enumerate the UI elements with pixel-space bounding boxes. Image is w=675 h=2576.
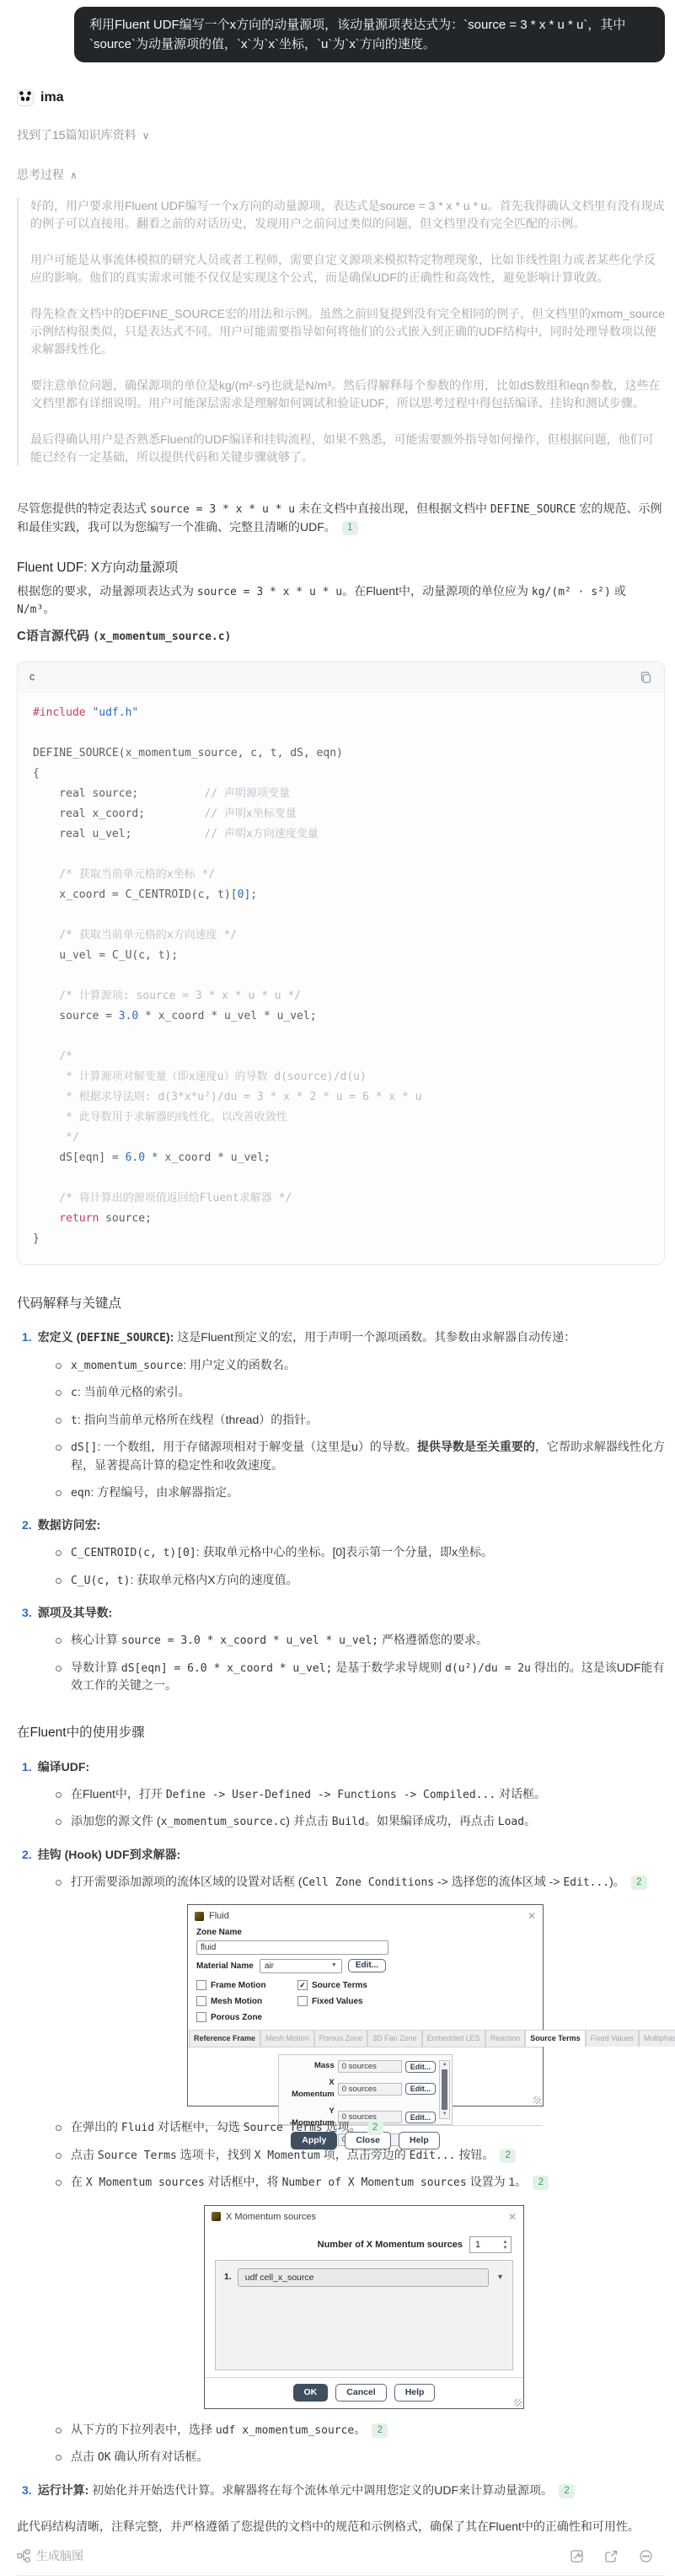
inline-code: DEFINE_SOURCE [80, 1332, 166, 1344]
scroll-down-icon: ▼ [442, 2111, 447, 2118]
inline-code: Build [332, 1816, 365, 1828]
inline-code: d(u²)/du = 2u [445, 1662, 531, 1675]
inline-code: dS[eqn] = 6.0 * x_coord * u_vel; [121, 1662, 332, 1675]
list-item: 2.挂钩 (Hook) UDF到求解器: [17, 1846, 665, 1864]
fluid-dialog-screenshot: Fluid ✕ Zone Name fluid Material Name ai… [187, 1904, 665, 2106]
checkbox-label: Fixed Values [312, 1995, 363, 2008]
bottom-divider [17, 2575, 665, 2576]
code-line: * 根据求导法则: d(3*x*u²)/du = 3 * x * 2 * u =… [33, 1087, 649, 1108]
dropdown-icon: ▼ [496, 2272, 504, 2284]
code-line [33, 905, 649, 926]
inline-code: t [71, 1414, 78, 1427]
list-number: 2. [22, 1848, 32, 1861]
code-line: real x_coord; // 声明x坐标变量 [33, 804, 649, 824]
inline-code: source = 3.0 * x_coord * u_vel * u_vel; [121, 1634, 378, 1647]
share-icon[interactable] [604, 2549, 619, 2563]
inline-code: c [71, 1387, 78, 1399]
sub-list-item: 添加您的源文件 (x_momentum_source.c) 并点击 Build。… [17, 1812, 665, 1831]
code-line [33, 1027, 649, 1047]
source-term-label: Mass [286, 2060, 335, 2072]
kb-sources-label: 找到了15篇知识库资料 [17, 126, 137, 144]
usage-section-title: 在Fluent中的使用步骤 [17, 1723, 665, 1742]
sources-panel: 1. udf cell_x_source ▼ [215, 2260, 513, 2370]
thinking-paragraph: 得先检查文档中的DEFINE_SOURCE宏的用法和示例。虽然之前回复提到没有完… [30, 305, 665, 358]
text: 打开需要添加源项的流体区域的设置对话框 ( [71, 1875, 303, 1888]
resize-grip [533, 2096, 541, 2104]
fluid-dialog-body: Zone Name fluid Material Name air ▼ Edit… [188, 1926, 543, 2024]
citation-badge[interactable]: 2 [631, 1876, 647, 1890]
checkbox-unchecked-icon [196, 1996, 206, 2006]
xmom-dialog-buttons: OKCancelHelp [205, 2377, 523, 2408]
checkbox-label: Mesh Motion [211, 1995, 262, 2008]
text: : 方程编号，由求解器指定。 [90, 1485, 238, 1499]
code-line [33, 845, 649, 865]
text: 。 [354, 2423, 366, 2436]
text: )。 [609, 1875, 625, 1888]
generate-mindmap-label: 生成脑图 [36, 2547, 83, 2565]
answer-intro: 尽管您提供的特定表达式 source = 3 * x * u * u 未在文档中… [17, 500, 665, 536]
fluent-app-icon [195, 1912, 204, 1921]
inline-code: X Momentum sources [86, 2176, 205, 2189]
chevron-down-icon: ∨ [142, 128, 150, 143]
text: 尽管您提供的特定表达式 [17, 502, 150, 515]
code-line: return source; [33, 1209, 649, 1229]
citation-badge[interactable]: 2 [500, 2149, 516, 2163]
text: 初始化并开始迭代计算。求解器将在每个流体单元中调用您定义的UDF来计算动量源项。 [92, 2483, 553, 2497]
zone-option-checkboxes: Frame Motion✓Source TermsMesh MotionFixe… [196, 1979, 534, 2024]
list-item: 1.宏定义 (DEFINE_SOURCE): 这是Fluent预定义的宏，用于声… [17, 1328, 665, 1347]
code-content: #include "udf.h" DEFINE_SOURCE(x_momentu… [18, 693, 664, 1264]
tab-multiphase: Multiphase [639, 2030, 675, 2047]
spin-down-icon: ▼ [503, 2246, 508, 2251]
citation-badge[interactable]: 1 [342, 521, 358, 535]
inline-code: Source Terms [98, 2149, 177, 2162]
inline-code: Source Terms [244, 2122, 323, 2134]
list-item: 1.编译UDF: [17, 1758, 665, 1776]
text: 对话框中，将 [205, 2175, 282, 2188]
code-line [33, 723, 649, 743]
sub-list-item: 在Fluent中，打开 Define -> User-Defined -> Fu… [17, 1785, 665, 1804]
text: 在弹出的 [71, 2120, 121, 2133]
inline-code: X Momentum [254, 2149, 320, 2162]
code-line: /* 获取当前单元格的x坐标 */ [33, 865, 649, 885]
sub-list: 在Fluent中，打开 Define -> User-Defined -> Fu… [17, 1785, 665, 1831]
inline-code: Edit... [563, 1876, 609, 1889]
text: 或 [611, 584, 626, 598]
list-number: 1. [22, 1330, 32, 1344]
sub-list-item: C_U(c, t): 获取单元格内X方向的速度值。 [17, 1571, 665, 1590]
checkbox-unchecked-icon [297, 1996, 308, 2006]
edit-button: Edit... [405, 2083, 437, 2095]
text: : 获取单元格内X方向的速度值。 [130, 1573, 297, 1586]
more-options-icon[interactable] [639, 2549, 653, 2563]
source-term-row: Mass0 sourcesEdit... [286, 2060, 437, 2073]
generate-mindmap-button[interactable]: 生成脑图 [17, 2547, 83, 2565]
zone-name-label: Zone Name [196, 1926, 534, 1939]
checkbox-label: Frame Motion [211, 1979, 266, 1992]
thinking-paragraph: 要注意单位问题，确保源项的单位是kg/(m²·s²)也就是N/m³。然后得解释每… [30, 377, 665, 412]
code-line: { [33, 764, 649, 784]
inline-code: Define -> User-Defined -> Functions -> C… [166, 1789, 496, 1801]
source-terms-tab-panel: Mass0 sourcesEdit...X Momentum0 sourcesE… [188, 2047, 543, 2125]
code-line: x_coord = C_CENTROID(c, t)[0]; [33, 885, 649, 905]
code-line: source = 3.0 * x_coord * u_vel * u_vel; [33, 1006, 649, 1027]
xmom-dialog-screenshot: X Momentum sources ✕ Number of X Momentu… [204, 2205, 665, 2409]
text: 这是Fluent预定义的宏，用于声明一个源项函数。其参数由求解器自动传递： [177, 1330, 576, 1344]
material-name-label: Material Name [196, 1960, 254, 1972]
udf-section-paragraph: 根据您的要求，动量源项表达式为 source = 3 * x * u * u。在… [17, 582, 665, 619]
inline-code: Load [498, 1816, 524, 1828]
sub-list: 从下方的下拉列表中，选择 udf x_momentum_source。2点击 O… [17, 2421, 665, 2466]
bold-text: 源项及其导数: [38, 1606, 113, 1619]
text: 未在文档中直接出现，但根据文档中 [295, 502, 490, 515]
citation-badge[interactable]: 2 [367, 2121, 383, 2135]
zone-name-input: fluid [196, 1940, 388, 1955]
text: 在 [71, 2175, 86, 2188]
list-number: 1. [22, 1760, 32, 1774]
text: 根据您的要求，动量源项表达式为 [17, 584, 197, 598]
inline-code: N/m³ [17, 604, 43, 616]
material-row: Material Name air ▼ Edit... [196, 1959, 534, 1973]
x-momentum-sources-dialog: X Momentum sources ✕ Number of X Momentu… [204, 2205, 524, 2409]
scrollbar: ▲ ▼ [439, 2060, 450, 2119]
tab-source-terms: Source Terms [525, 2030, 585, 2047]
inline-code: (x_momentum_source.c) [93, 631, 231, 643]
inline-code: dS[] [71, 1441, 97, 1454]
list-number: 2. [22, 1518, 32, 1532]
count-value: 1 [470, 2238, 500, 2252]
source-udf-combobox: udf cell_x_source [238, 2268, 489, 2287]
citation-badge[interactable]: 2 [372, 2423, 388, 2438]
spin-up-icon: ▲ [503, 2240, 508, 2245]
fluid-dialog-titlebar: Fluid ✕ [188, 1905, 543, 1926]
code-line: real u_vel; // 声明x方向速度变量 [33, 824, 649, 845]
sub-list: C_CENTROID(c, t)[0]: 获取单元格中心的坐标。[0]表示第一个… [17, 1543, 665, 1589]
text: 确认所有对话框。 [111, 2450, 209, 2463]
text: 设置为 1。 [467, 2175, 528, 2188]
sub-list-item: 导数计算 dS[eqn] = 6.0 * x_coord * u_vel; 是基… [17, 1659, 665, 1695]
text: 导数计算 [71, 1661, 121, 1674]
source-row: 1. udf cell_x_source ▼ [224, 2268, 504, 2287]
sub-list-item: dS[]: 一个数组，用于存储源项相对于解变量（这里是u）的导数。提供导数是至关… [17, 1438, 665, 1474]
code-line: /* [33, 1047, 649, 1067]
inline-code: C_U(c, t) [71, 1575, 130, 1587]
thinking-paragraph: 用户可能是从事流体模拟的研究人员或者工程师，需要自定义源项来模拟特定物理现象，比… [30, 251, 665, 287]
tab-3d-fan-zone: 3D Fan Zone [367, 2030, 422, 2047]
checkbox-unchecked-icon [196, 2012, 206, 2022]
thinking-paragraph: 最后得确认用户是否熟悉Fluent的UDF编译和挂钩流程，如果不熟悉，可能需要额… [30, 431, 665, 466]
text: : 一个数组，用于存储源项相对于解变量（这里是u）的导数。 [97, 1440, 417, 1453]
checkbox-frame-motion: Frame Motion [196, 1979, 297, 1992]
code-language-label: c [29, 669, 35, 685]
sub-list-item: c: 当前单元格的索引。 [17, 1383, 665, 1402]
spinner-arrows: ▲ ▼ [500, 2240, 511, 2251]
xmom-dialog-titlebar: X Momentum sources ✕ [205, 2206, 523, 2227]
code-line: real source; // 声明源项变量 [33, 784, 649, 804]
material-select: air ▼ [260, 1959, 342, 1973]
scroll-up-icon: ▲ [442, 2061, 447, 2069]
inline-code: udf x_momentum_source [216, 2424, 354, 2437]
text: 。如果编译成功，再点击 [365, 1814, 498, 1827]
text: : 获取单元格中心的坐标。[0]表示第一个分量，即x坐标。 [196, 1545, 493, 1559]
sub-list-item: 在 X Momentum sources 对话框中，将 Number of X … [17, 2173, 665, 2192]
bold-text: ): [166, 1330, 177, 1344]
text: 点击 [71, 2450, 98, 2463]
chevron-up-icon: ∧ [70, 168, 78, 183]
code-line: /* 计算源项: source = 3 * x * u * u */ [33, 986, 649, 1006]
inline-code: OK [98, 2451, 111, 2464]
source-term-label: X Momentum [286, 2077, 335, 2101]
text: 选项卡，找到 [177, 2148, 254, 2161]
sub-list-item: t: 指向当前单元格所在线程（thread）的指针。 [17, 1411, 665, 1430]
fluent-app-icon [212, 2212, 221, 2221]
inline-code: x_momentum_source.c [161, 1816, 287, 1828]
code-line: /* 将计算出的源项值返回给Fluent求解器 */ [33, 1189, 649, 1209]
inline-code: kg/(m² · s²) [532, 586, 611, 598]
checkbox-label: Source Terms [312, 1979, 367, 1992]
message-footer: 生成脑图 [17, 2547, 665, 2565]
citation-badge[interactable]: 2 [559, 2484, 575, 2498]
sub-list-item: 从下方的下拉列表中，选择 udf x_momentum_source。2 [17, 2421, 665, 2439]
ok-button: OK [293, 2384, 329, 2402]
close-icon: ✕ [508, 2212, 517, 2222]
sub-list-item: 点击 OK 确认所有对话框。 [17, 2448, 665, 2466]
code-line: */ [33, 1128, 649, 1148]
text: : 指向当前单元格所在线程（thread）的指针。 [78, 1413, 318, 1426]
checkbox-label: Porous Zone [211, 2011, 262, 2024]
text: 是基于数学求导规则 [332, 1661, 445, 1674]
citation-badge[interactable]: 2 [533, 2176, 549, 2190]
code-line: * 计算源项对解变量（即x速度u）的导数 d(source)/d(u) [33, 1067, 649, 1087]
text: : 当前单元格的索引。 [78, 1385, 190, 1398]
text: 从下方的下拉列表中，选择 [71, 2423, 216, 2436]
checkbox-porous-zone: Porous Zone [196, 2011, 297, 2024]
sub-list-item: 核心计算 source = 3.0 * x_coord * u_vel * u_… [17, 1631, 665, 1650]
source-terms-panel: Mass0 sourcesEdit...X Momentum0 sourcesE… [278, 2054, 453, 2125]
text: 添加您的源文件 ( [71, 1814, 161, 1827]
checkbox-mesh-motion: Mesh Motion [196, 1995, 297, 2008]
checkbox-fixed-values: Fixed Values [297, 1995, 415, 2008]
inline-code: Edit... [410, 2149, 456, 2162]
material-value: air [265, 1960, 274, 1972]
thinking-quote: 好的，用户要求用Fluent UDF编写一个x方向的动量源项，表达式是sourc… [17, 197, 665, 466]
code-line: #include "udf.h" [33, 703, 649, 723]
inline-code: Number of X Momentum sources [282, 2176, 467, 2189]
text: ) 并点击 [286, 1814, 331, 1827]
source-term-value: 0 sources [338, 2060, 402, 2073]
mindmap-icon [17, 2549, 30, 2563]
inline-code: source = 3 * x * u * u [150, 503, 295, 516]
sub-list: 在弹出的 Fluid 对话框中，勾选 Source Terms 选项。2点击 S… [17, 2118, 665, 2192]
text: 严格遵循您的要求。 [378, 1633, 488, 1646]
sub-list: 打开需要添加源项的流体区域的设置对话框 (Cell Zone Condition… [17, 1873, 665, 1892]
checkbox-source-terms: ✓Source Terms [297, 1979, 415, 1992]
footer-action-icons [570, 2549, 665, 2563]
chat-page: 利用Fluent UDF编写一个x方向的动量源项，该动量源项表达式为：`sour… [0, 0, 675, 2576]
bold-text: C语言源代码 [17, 629, 93, 643]
code-line: u_vel = C_U(c, t); [33, 946, 649, 966]
tab-mesh-motion: Mesh Motion [260, 2030, 314, 2047]
code-line: } [33, 1229, 649, 1249]
tab-reference-frame: Reference Frame [189, 2030, 260, 2047]
sub-list-item: eqn: 方程编号，由求解器指定。 [17, 1484, 665, 1502]
resize-grip [514, 2399, 522, 2407]
source-term-row: X Momentum0 sourcesEdit... [286, 2077, 437, 2101]
source-term-rows: Mass0 sourcesEdit...X Momentum0 sourcesE… [286, 2060, 437, 2119]
inline-code: Fluid [121, 2122, 154, 2134]
bold-text: 提供导数是至关重要的 [417, 1440, 535, 1453]
thinking-paragraph: 好的，用户要求用Fluent UDF编写一个x方向的动量源项，表达式是sourc… [30, 197, 665, 233]
help-button: Help [394, 2384, 436, 2402]
sub-list-item: 打开需要添加源项的流体区域的设置对话框 (Cell Zone Condition… [17, 1873, 665, 1892]
panda-logo-icon [17, 89, 34, 106]
user-message: 利用Fluent UDF编写一个x方向的动量源项，该动量源项表达式为：`sour… [74, 7, 665, 62]
sub-list: 核心计算 source = 3.0 * x_coord * u_vel * u_… [17, 1631, 665, 1694]
inline-code: eqn [71, 1487, 90, 1500]
count-row: Number of X Momentum sources 1 ▲ ▼ [205, 2226, 523, 2257]
text: 对话框中，勾选 [154, 2120, 244, 2133]
code-line: dS[eqn] = 6.0 * x_coord * u_vel; [33, 1148, 649, 1168]
code-line: * 此导数用于求解器的线性化，以改善收敛性 [33, 1108, 649, 1128]
text: 。 [524, 1814, 536, 1827]
assistant-brand-row: ima [17, 88, 665, 108]
close-icon: ✕ [528, 1911, 536, 1921]
count-spinner: 1 ▲ ▼ [469, 2236, 512, 2253]
sub-list: x_momentum_source: 用户定义的函数名。c: 当前单元格的索引。… [17, 1356, 665, 1502]
copy-code-button[interactable] [640, 671, 652, 684]
tab-embedded-les: Embedded LES [422, 2030, 485, 2047]
explain-section-title: 代码解释与关键点 [17, 1294, 665, 1313]
xmom-dialog-title: X Momentum sources [226, 2210, 316, 2224]
inline-code: x_momentum_source [71, 1360, 183, 1372]
text: 项，点击旁边的 [320, 2148, 410, 2161]
bold-text: 宏定义 ( [38, 1330, 81, 1344]
code-line: DEFINE_SOURCE(x_momentum_source, c, t, d… [33, 743, 649, 764]
closing-paragraph: 此代码结构清晰，注释完整，并严格遵循了您提供的文档中的规范和示例格式，确保了其在… [17, 2518, 665, 2536]
text: -> 选择您的流体区域 -> [434, 1875, 563, 1888]
brand-name: ima [40, 88, 64, 108]
kb-sources-toggle[interactable]: 找到了15篇知识库资料 ∨ [17, 126, 149, 144]
bold-text: 运行计算: [38, 2483, 93, 2497]
dropdown-icon: ▼ [331, 1962, 337, 1971]
code-line [33, 1168, 649, 1189]
inline-code: Cell Zone Conditions [303, 1876, 435, 1889]
edit-button: Edit... [405, 2061, 437, 2073]
text: 点击 [71, 2148, 98, 2161]
text: 核心计算 [71, 1633, 121, 1646]
text: : 用户定义的函数名。 [183, 1358, 296, 1371]
cancel-button: Cancel [335, 2384, 386, 2402]
material-edit-button: Edit... [348, 1959, 386, 1972]
code-line: /* 获取当前单元格的x方向速度 */ [33, 926, 649, 946]
checkbox-checked-icon: ✓ [297, 1980, 308, 1990]
list-item: 3.源项及其导数: [17, 1604, 665, 1622]
text: 。 [43, 602, 55, 615]
list-number: 3. [22, 2483, 32, 2497]
code-line [33, 966, 649, 986]
sub-list-item: x_momentum_source: 用户定义的函数名。 [17, 1356, 665, 1375]
inline-code: DEFINE_SOURCE [490, 503, 576, 516]
tab-fixed-values: Fixed Values [586, 2030, 639, 2047]
sub-list-item: 在弹出的 Fluid 对话框中，勾选 Source Terms 选项。2 [17, 2118, 665, 2137]
text: 选项。 [323, 2120, 362, 2133]
code-block: c #include "udf.h" DEFINE_SOURCE(x_momen… [17, 661, 665, 1265]
list-number: 3. [22, 1606, 32, 1619]
inline-code: source = 3 * x * u * u [197, 586, 342, 598]
text: 对话框。 [496, 1787, 546, 1801]
text: 。在Fluent中，动量源项的单位应为 [342, 584, 532, 598]
sub-list-item: C_CENTROID(c, t)[0]: 获取单元格中心的坐标。[0]表示第一个… [17, 1543, 665, 1562]
source-row-index: 1. [224, 2271, 232, 2284]
tab-reaction: Reaction [485, 2030, 526, 2047]
fluid-dialog-tabs: Reference FrameMesh MotionPorous Zone3D … [188, 2030, 543, 2048]
bold-text: 编译UDF: [38, 1760, 89, 1774]
list-item: 3.运行计算: 初始化并开始迭代计算。求解器将在每个流体单元中调用您定义的UDF… [17, 2482, 665, 2499]
source-term-value: 0 sources [338, 2083, 402, 2096]
code-header: c [18, 662, 664, 693]
edit-icon[interactable] [570, 2549, 584, 2563]
fluid-dialog-title: Fluid [209, 1909, 229, 1924]
bold-text: 挂钩 (Hook) UDF到求解器: [38, 1848, 181, 1861]
udf-section-title: Fluent UDF: X方向动量源项 [17, 558, 665, 577]
text: 在Fluent中，打开 [71, 1787, 166, 1801]
checkbox-unchecked-icon [196, 1980, 206, 1990]
text: 按钮。 [455, 2148, 494, 2161]
sub-list-item: 点击 Source Terms 选项卡，找到 X Momentum 项，点击旁边… [17, 2146, 665, 2165]
inline-code: C_CENTROID(c, t)[0] [71, 1547, 196, 1559]
code-file-title: C语言源代码 (x_momentum_source.c) [17, 627, 665, 647]
bold-text: 数据访问宏: [38, 1518, 101, 1532]
count-label: Number of X Momentum sources [318, 2238, 463, 2252]
scrollbar-thumb [442, 2069, 447, 2110]
fluid-dialog: Fluid ✕ Zone Name fluid Material Name ai… [187, 1904, 544, 2106]
tab-porous-zone: Porous Zone [314, 2030, 368, 2047]
list-item: 2.数据访问宏: [17, 1516, 665, 1534]
thinking-label: 思考过程 [17, 166, 64, 184]
thinking-toggle[interactable]: 思考过程 ∧ [17, 166, 78, 184]
